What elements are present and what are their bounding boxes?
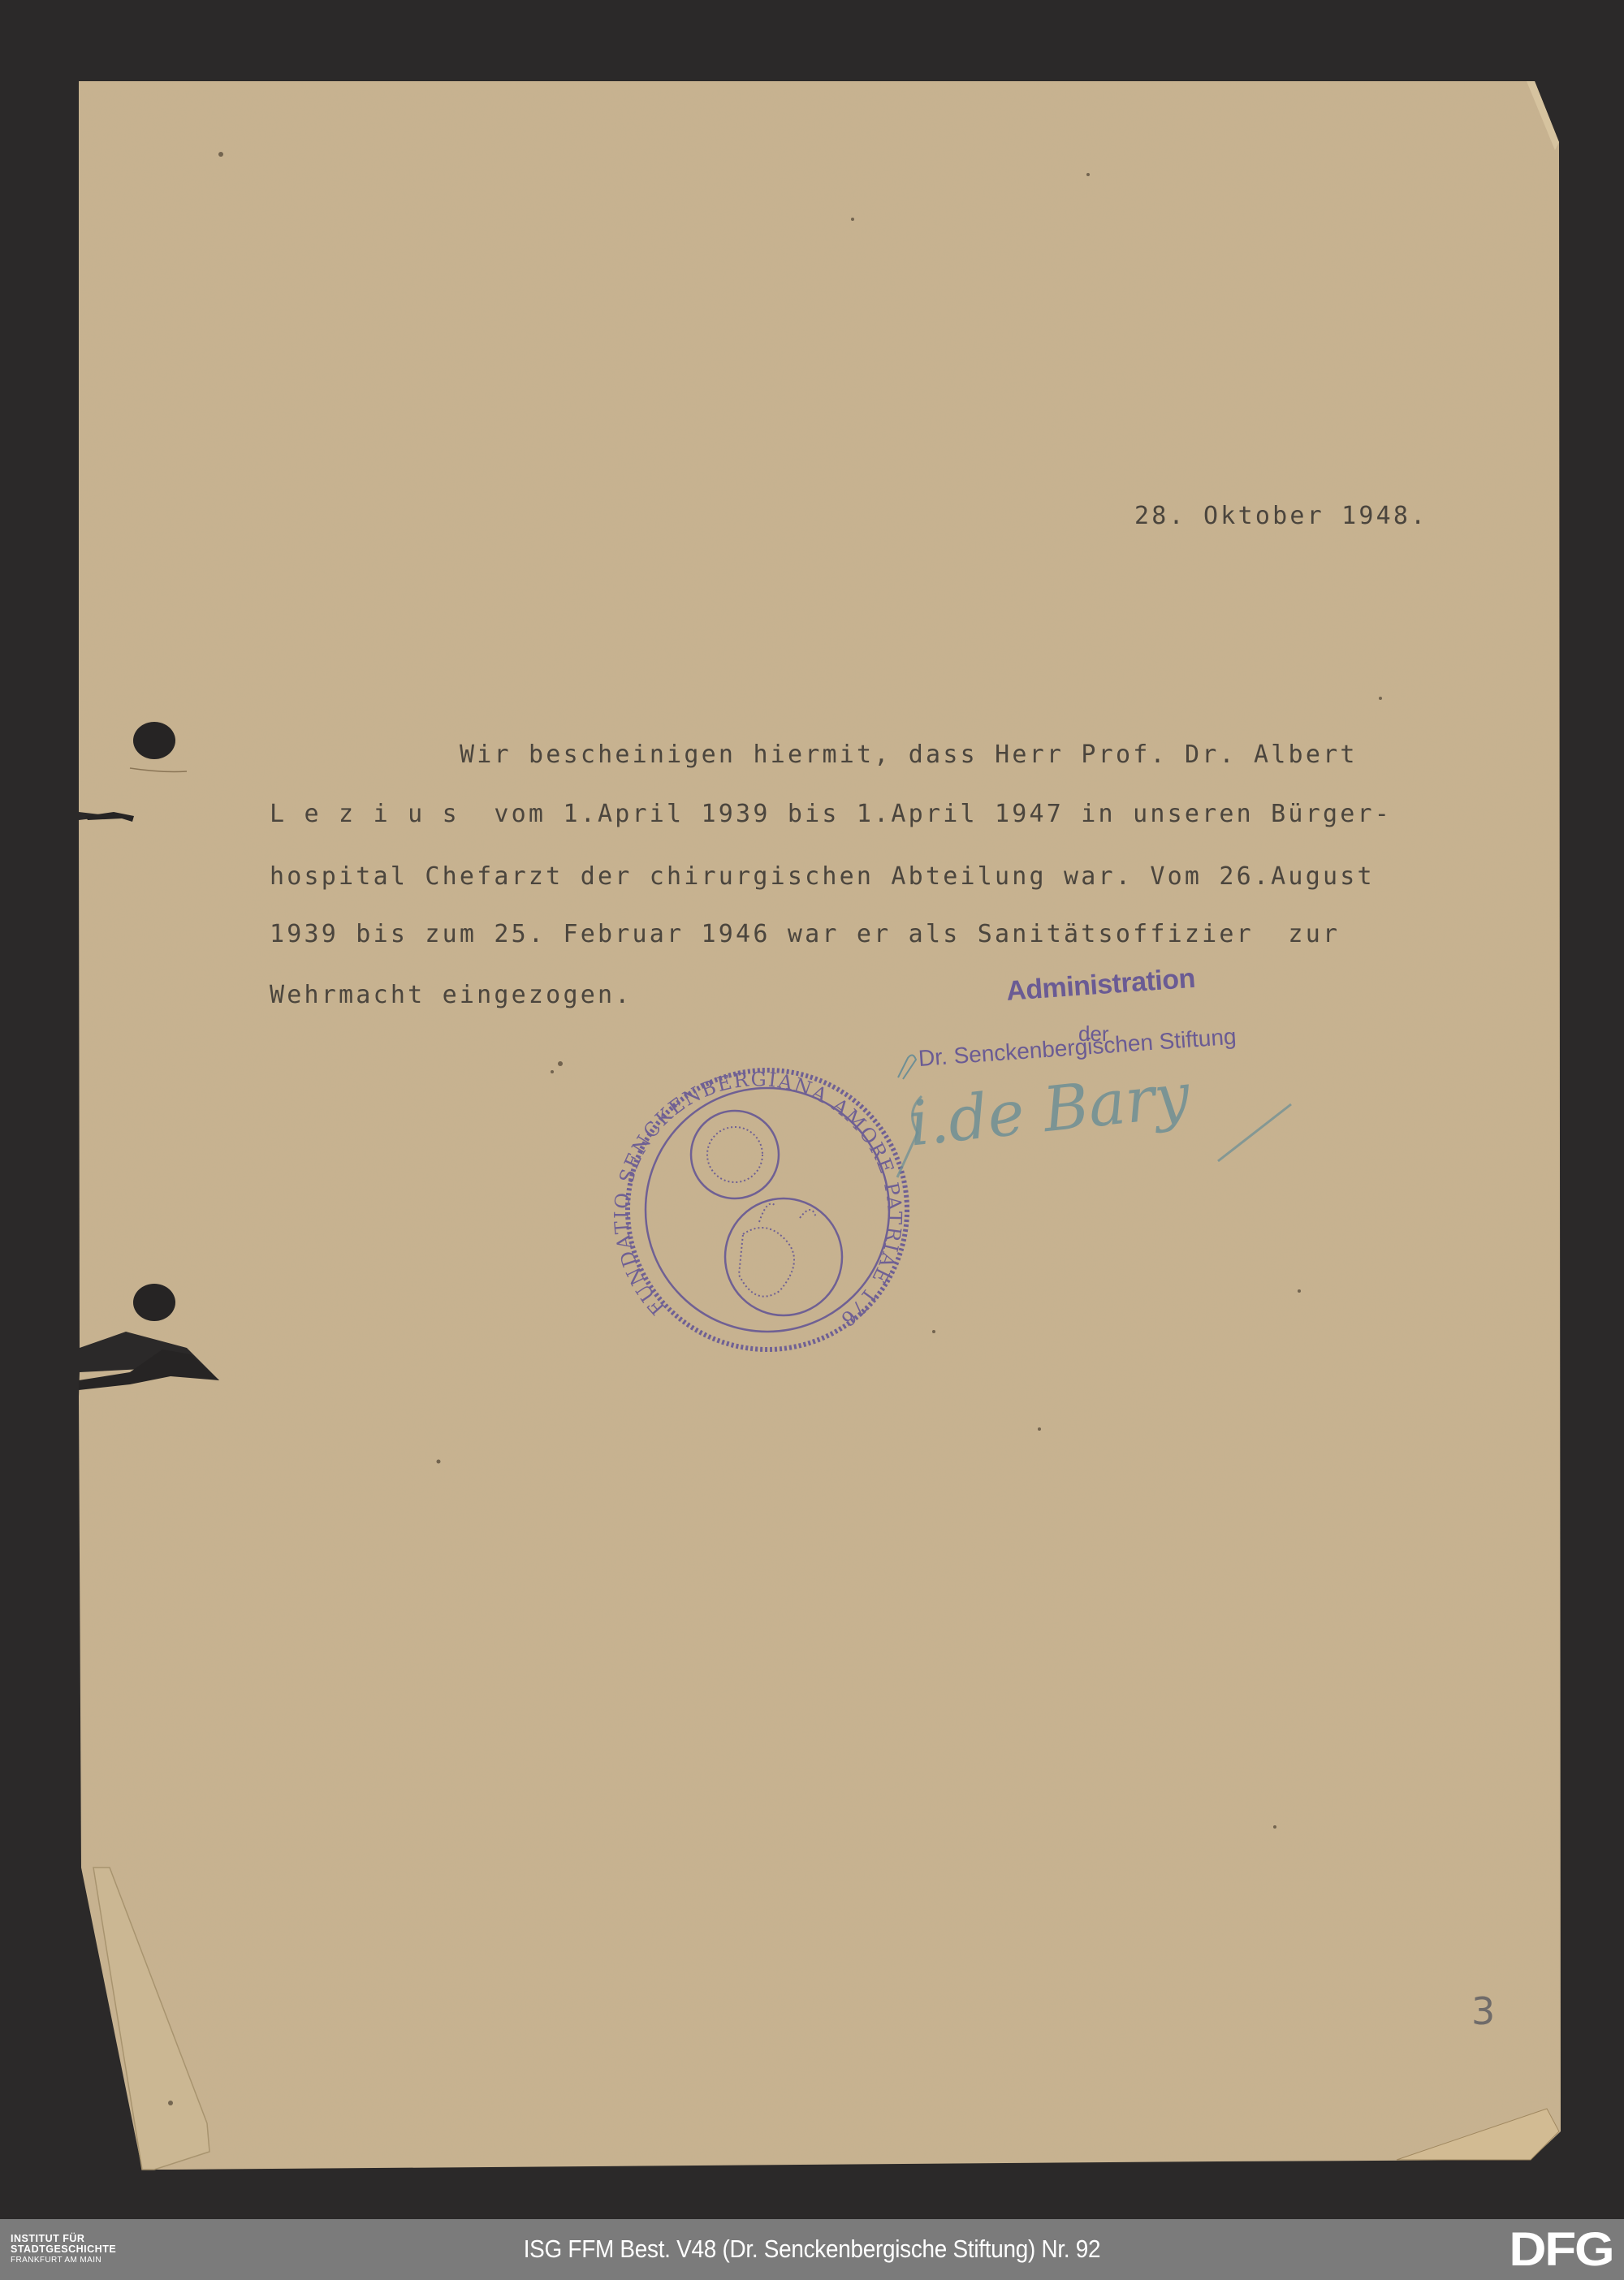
paper-shape: FUNDATIO SENCKENBERGIANA AMORE PATRIAE 1… — [0, 0, 1624, 2219]
archive-reference-title: ISG FFM Best. V48 (Dr. Senckenbergische … — [81, 2235, 1543, 2264]
punch-hole-top — [133, 722, 175, 759]
handwritten-page-number: 3 — [1471, 1989, 1495, 2033]
archive-footer-bar: INSTITUT FÜR STADTGESCHICHTE FRANKFURT A… — [0, 2219, 1624, 2280]
punch-hole-bottom — [133, 1284, 175, 1321]
body-line: Wir bescheinigen hiermit, dass Herr Prof… — [460, 741, 1358, 769]
letter-date: 28. Oktober 1948. — [1134, 502, 1427, 530]
body-line: Wehrmacht eingezogen. — [270, 981, 633, 1009]
body-line: L e z i u s vom 1.April 1939 bis 1.April… — [270, 800, 1392, 828]
document-paper: FUNDATIO SENCKENBERGIANA AMORE PATRIAE 1… — [0, 0, 1624, 2219]
body-line: 1939 bis zum 25. Februar 1946 war er als… — [270, 920, 1340, 948]
body-line: hospital Chefarzt der chirurgischen Abte… — [270, 862, 1375, 891]
dfg-logo: DFG — [1509, 2227, 1613, 2273]
